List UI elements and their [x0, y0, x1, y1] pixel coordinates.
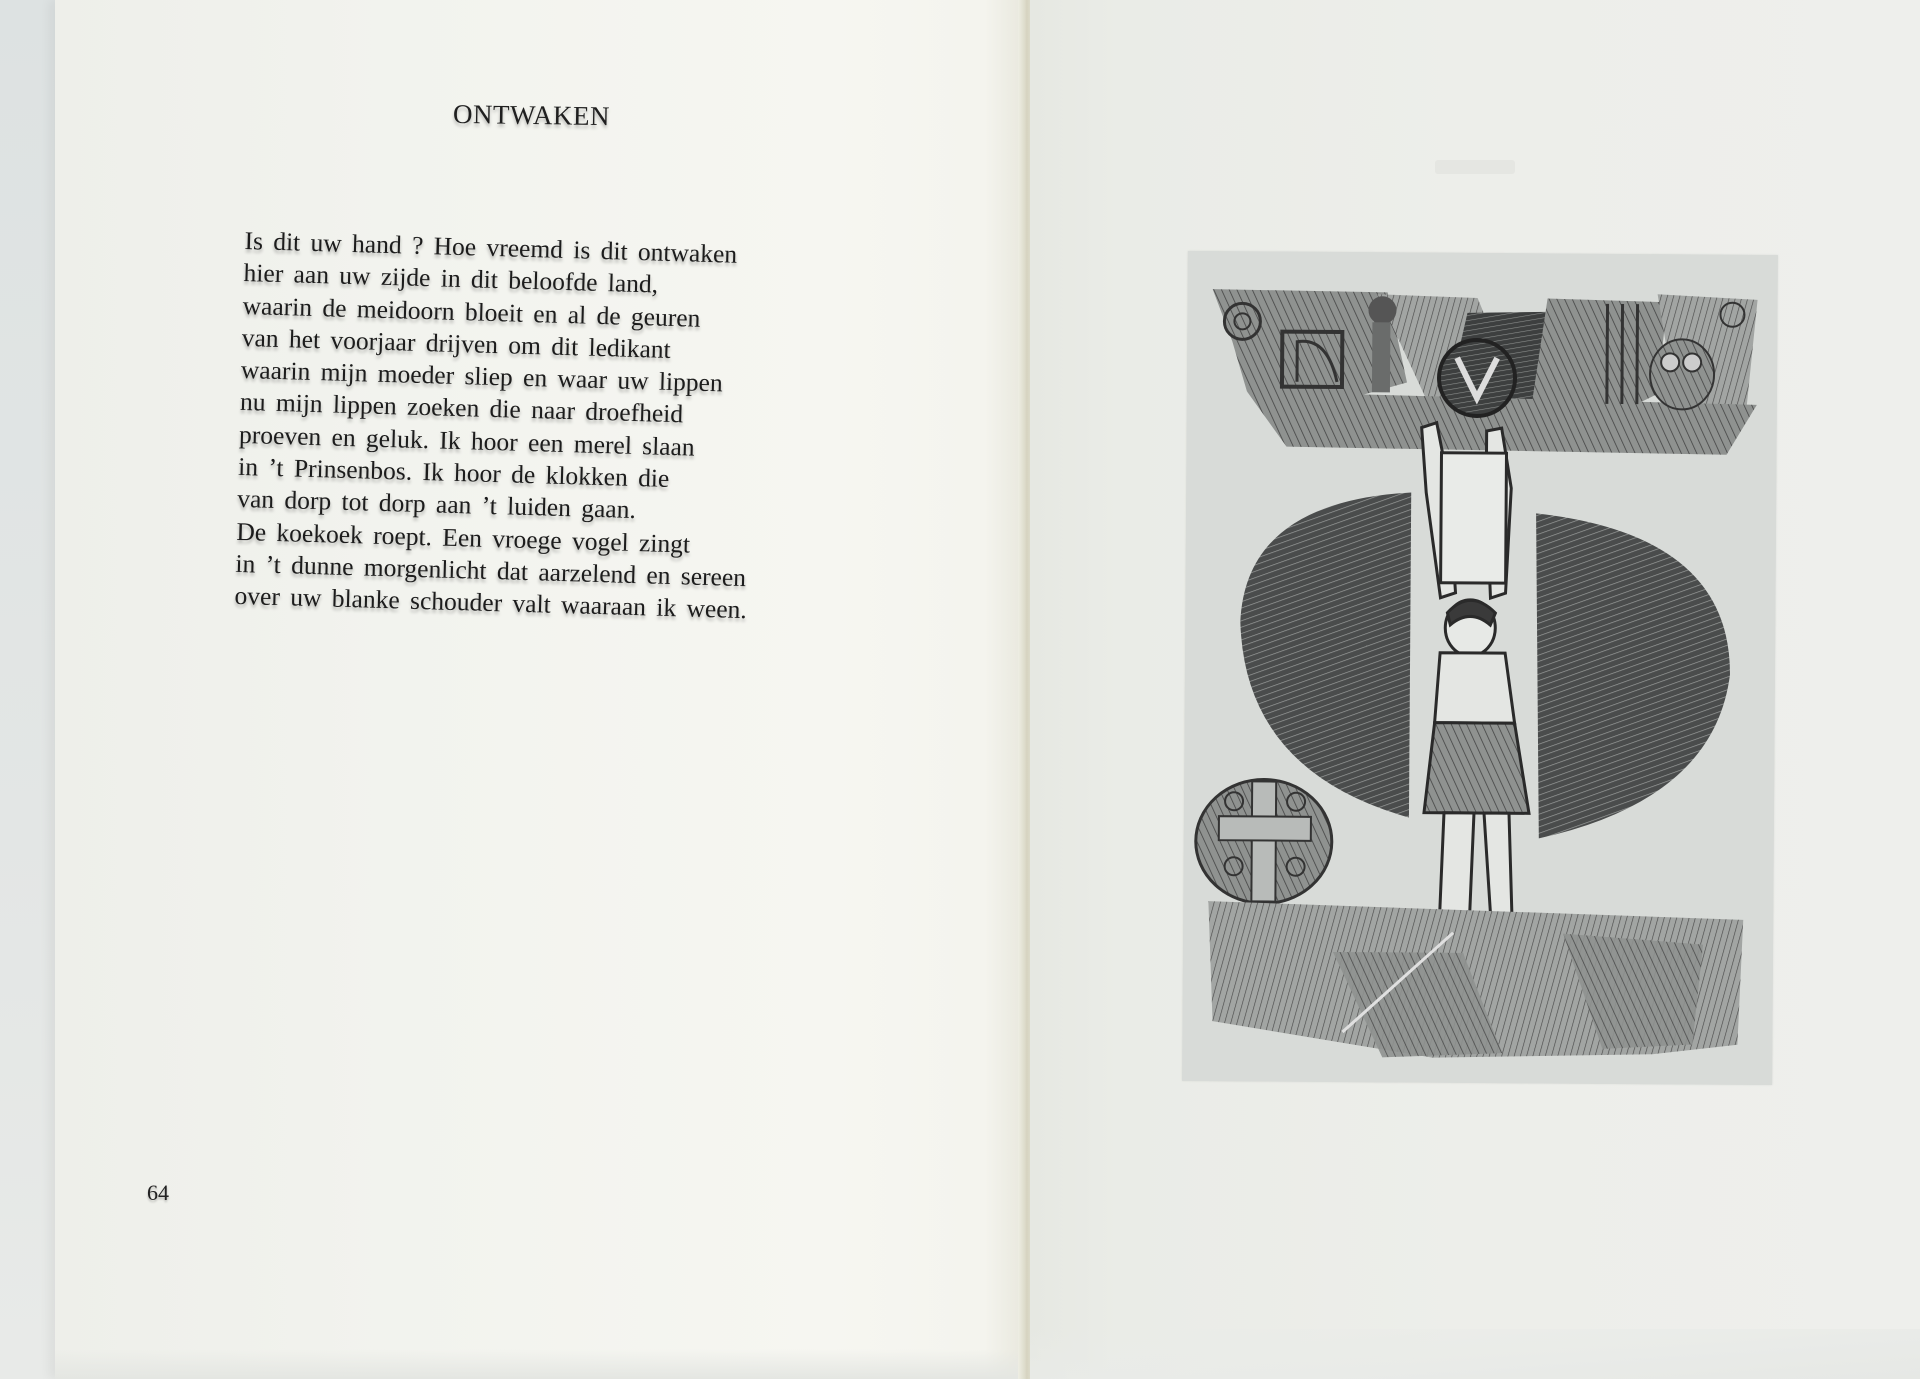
banner-band — [1212, 289, 1758, 455]
page-edge — [55, 1349, 1023, 1379]
woodcut-image — [1182, 251, 1778, 1085]
open-book-photo: ONTWAKEN Is dit uw hand ? Hoe vreemd is … — [0, 0, 1920, 1379]
page-number: 64 — [147, 1180, 169, 1206]
left-page: ONTWAKEN Is dit uw hand ? Hoe vreemd is … — [55, 0, 1023, 1379]
page-edge — [1030, 1329, 1920, 1379]
show-through-text — [1435, 160, 1515, 174]
poem-title: ONTWAKEN — [453, 99, 610, 132]
cross-medallion — [1195, 779, 1332, 904]
woodcut-illustration — [1182, 251, 1778, 1085]
poem-body: Is dit uw hand ? Hoe vreemd is dit ontwa… — [234, 225, 905, 631]
